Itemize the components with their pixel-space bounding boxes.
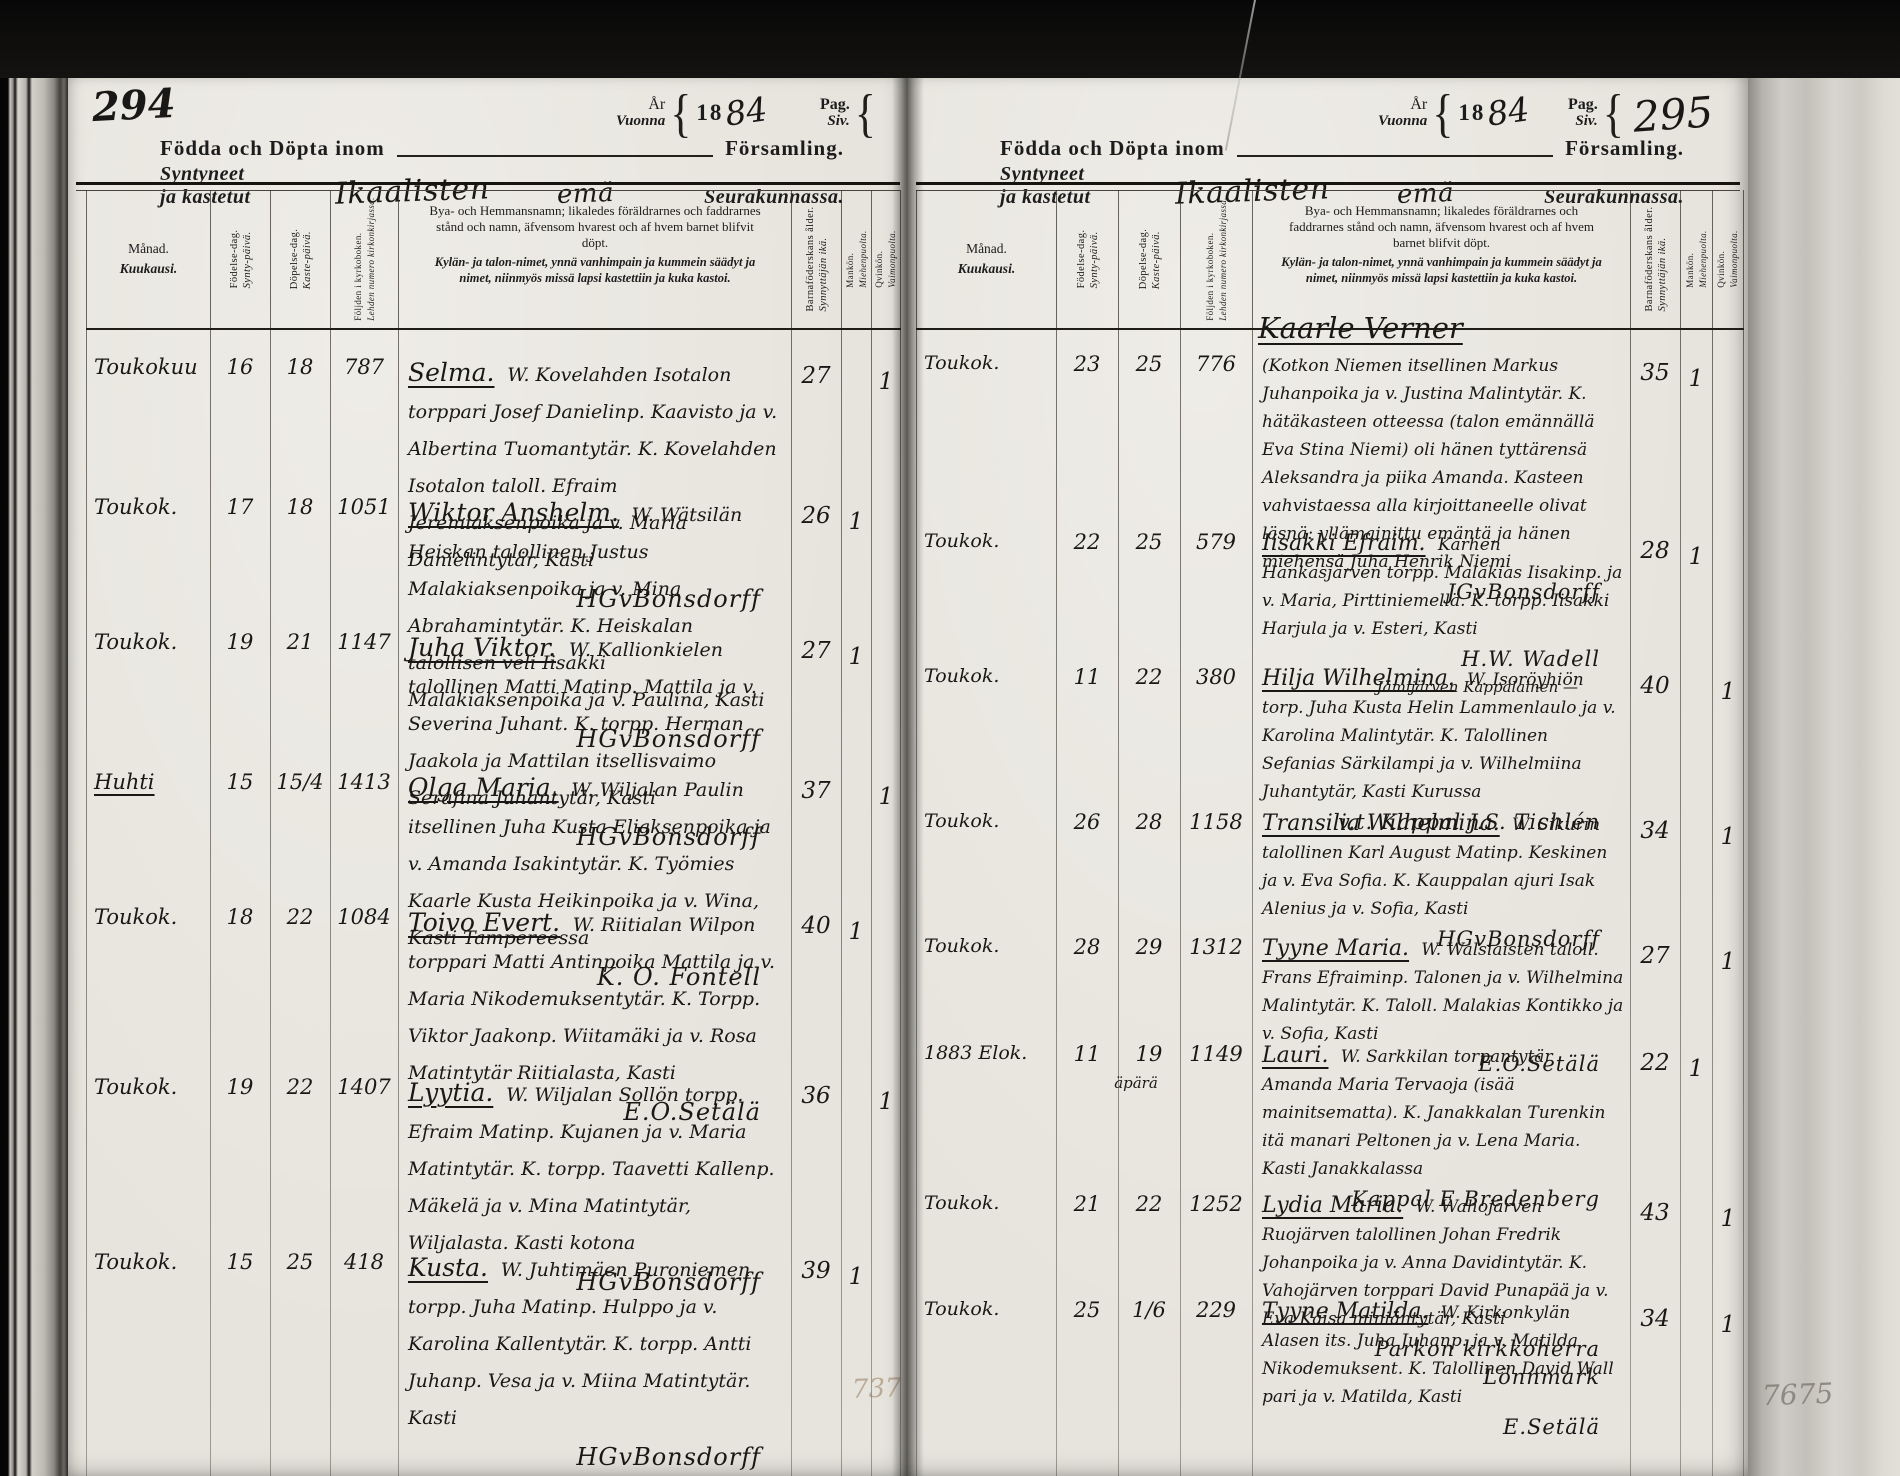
entry-row: 1883 Elok.1119äpärä1149Lauri. W. Sarkkil… (916, 1042, 1744, 1213)
child-name: Kusta. (408, 1253, 488, 1282)
year-label-sv: År (1410, 96, 1427, 113)
cell-mother-age: 22 (1630, 1042, 1680, 1213)
cell-folio-number: 1149 (1180, 1042, 1252, 1213)
col-header-mother-age: Barnaföderskans ålder.Synnyttäjän ikä. (791, 190, 841, 328)
page-edge-curvature: 7675 (1748, 78, 1900, 1476)
year-century-printed: 18 (696, 90, 723, 126)
register-title: Födda och Döpta inom Församling. Syntyne… (68, 136, 908, 186)
page-number: 294 (91, 80, 177, 131)
cell-folio-number: 418 (330, 1250, 398, 1475)
year-century-printed: 18 (1458, 90, 1485, 126)
title-sv-suffix: Församling. (725, 136, 844, 161)
title-sv-prefix: Födda och Döpta inom (160, 136, 385, 161)
child-name: Olga Maria. (408, 773, 559, 802)
scanner-background (0, 0, 1900, 78)
child-name: Hilja Wilhelmina. (1262, 666, 1455, 691)
year-handwritten: 84 (723, 87, 770, 133)
cell-month: Toukok. (86, 1250, 210, 1475)
parish-blank-line (397, 137, 713, 157)
cell-record-text: Kusta. W. Juhtimäen Puroniemen torpp. Ju… (398, 1250, 791, 1475)
entry-row: Toukok.26281158Transilia Wilhelmina. W. … (916, 810, 1744, 953)
register-page-left: 294 ÅrVuonna { 18 84 Pag.Siv. { Födda oc… (68, 78, 908, 1476)
year-handwritten: 84 (1485, 87, 1532, 133)
cell-male-mark (1680, 1298, 1712, 1441)
cell-female-mark (1712, 1042, 1744, 1213)
year-label-fi: Vuonna (616, 113, 665, 130)
officiant-signature: HGvBonsdorff (408, 1439, 785, 1475)
cell-folio-number: 1158 (1180, 810, 1252, 953)
parish-blank-line (1237, 137, 1553, 157)
cell-male-mark: 1 (1680, 1042, 1712, 1213)
brace-glyph: { (1603, 85, 1624, 143)
scanned-parish-register-spread: 7675 294 ÅrVuonna { 18 84 Pag.Siv. { Föd… (0, 0, 1900, 1476)
child-name: Lauri. (1262, 1043, 1328, 1068)
register-title: Födda och Döpta inom Församling. Syntyne… (908, 136, 1748, 186)
child-name: Lydia Maria. (1262, 1193, 1403, 1218)
cell-female-mark: 1 (1712, 1298, 1744, 1441)
cell-month: 1883 Elok. (916, 1042, 1056, 1213)
page-label-block: Pag.Siv. { (820, 90, 881, 138)
cell-male-mark: 1 (841, 1250, 871, 1475)
child-name: Tyyne Maria. (1262, 936, 1409, 961)
pag-label-sv: Pag. (820, 96, 850, 113)
year-label-fi: Vuonna (1378, 113, 1427, 130)
col-header-folio-number: Följden i kyrkoboken.Lehden numero kirko… (330, 190, 398, 328)
col-header-male: Mankön.Miehenpuolta. (1680, 190, 1712, 328)
child-name-heading: Kaarle Verner (1258, 314, 1463, 342)
brace-glyph: { (855, 85, 876, 143)
table-header: Månad.Kuukausi. Födelse-dag.Synty-päivä.… (916, 190, 1744, 330)
col-header-month: Månad.Kuukausi. (86, 190, 210, 328)
register-page-right: ÅrVuonna { 18 84 Pag.Siv. { 295 Födda oc… (908, 78, 1748, 1476)
cell-mother-age: 34 (1630, 1298, 1680, 1441)
entry-row: Toukok.1525418Kusta. W. Juhtimäen Puroni… (86, 1250, 901, 1475)
col-header-description: Bya- och Hemmansnamn; likaledes föräldra… (1252, 190, 1630, 328)
cell-baptism-day: 25 (270, 1250, 330, 1475)
col-header-female: Qvinkön.Vaimonpuolta. (1712, 190, 1744, 328)
cell-month: Toukok. (916, 1298, 1056, 1441)
year-label-sv: År (648, 96, 665, 113)
col-header-birth-day: Födelse-dag.Synty-päivä. (1056, 190, 1118, 328)
year-block: ÅrVuonna { 18 84 (1378, 90, 1529, 138)
page-label-block: Pag.Siv. { 295 (1568, 90, 1713, 139)
col-header-description: Bya- och Hemmansnamn; likaledes föräldra… (398, 190, 791, 328)
pag-label-fi: Siv. (820, 113, 850, 130)
child-name: Tyyne Matilda. (1262, 1299, 1428, 1324)
col-header-birth-day: Födelse-dag.Synty-päivä. (210, 190, 270, 328)
table-header: Månad.Kuukausi. Födelse-dag.Synty-päivä.… (86, 190, 901, 330)
cell-baptism-day: 19äpärä (1118, 1042, 1180, 1213)
child-name: Selma. (408, 358, 494, 387)
child-name: Iisakki Efraim. (1262, 531, 1426, 556)
pencil-note: 7675 (1761, 1377, 1833, 1412)
baptism-note: äpärä (1092, 1074, 1180, 1092)
col-header-folio-number: Följden i kyrkoboken.Lehden numero kirko… (1180, 190, 1252, 328)
entries-right: Toukok.2325776Kaarle Verner(Kotkon Nieme… (916, 330, 1744, 1476)
cell-baptism-day: 28 (1118, 810, 1180, 953)
record-body: W. Riitialan Wilpon torppari Matti Antin… (408, 914, 775, 1084)
col-header-baptism-day: Döpelse-dag.Kaste-päivä. (270, 190, 330, 328)
record-body: W. Wiljalan Sollön torpp. Efraim Matinp.… (408, 1084, 775, 1254)
cell-birth-day: 15 (210, 1250, 270, 1475)
cell-birth-day: 25 (1056, 1298, 1118, 1441)
cell-mother-age: 34 (1630, 810, 1680, 953)
officiant-signature: E.Setälä (1262, 1413, 1624, 1441)
pag-label-fi: Siv. (1568, 113, 1598, 130)
cell-record-text: Lauri. W. Sarkkilan torpantytär Amanda M… (1252, 1042, 1630, 1213)
cell-baptism-day: 1/6 (1118, 1298, 1180, 1441)
year-block: ÅrVuonna { 18 84 (616, 90, 767, 138)
child-name: Juha Viktor. (408, 633, 556, 662)
cell-record-text: Tyyne Matilda. W. Kirkonkylän Alasen its… (1252, 1298, 1630, 1441)
pag-label-sv: Pag. (1568, 96, 1598, 113)
col-header-baptism-day: Döpelse-dag.Kaste-päivä. (1118, 190, 1180, 328)
cell-birth-day: 11 (1056, 1042, 1118, 1213)
cell-birth-day: 26 (1056, 810, 1118, 953)
title-sv-suffix: Församling. (1565, 136, 1684, 161)
col-header-mother-age: Barnaföderskans ålder.Synnyttäjän ikä. (1630, 190, 1680, 328)
col-header-male: Mankön.Miehenpuolta. (841, 190, 871, 328)
entries-left: Toukokuu1618787Selma. W. Kovelahden Isot… (86, 330, 901, 1476)
child-name: Toivo Evert. (408, 908, 560, 937)
book-page-stack-edge (0, 0, 68, 1476)
child-name: Transilia Wilhelmina. (1262, 811, 1500, 836)
entry-row: Toukok.251/6229Tyyne Matilda. W. Kirkonk… (916, 1298, 1744, 1441)
cell-mother-age: 39 (791, 1250, 841, 1475)
cell-male-mark (1680, 810, 1712, 953)
cell-month: Toukok. (916, 810, 1056, 953)
book-gutter-shadow (892, 78, 924, 1476)
brace-glyph: { (1432, 85, 1453, 143)
title-sv-prefix: Födda och Döpta inom (1000, 136, 1225, 161)
col-header-month: Månad.Kuukausi. (916, 190, 1056, 328)
cell-record-text: Transilia Wilhelmina. W. Sikurin talolli… (1252, 810, 1630, 953)
child-name: Wiktor Anshelm. (408, 498, 619, 527)
page-number: 295 (1631, 87, 1714, 141)
brace-glyph: { (670, 85, 691, 143)
record-body: W. Juhtimäen Puroniemen torpp. Juha Mati… (408, 1259, 752, 1429)
child-name: Lyytia. (408, 1078, 493, 1107)
cell-female-mark: 1 (1712, 810, 1744, 953)
cell-folio-number: 229 (1180, 1298, 1252, 1441)
